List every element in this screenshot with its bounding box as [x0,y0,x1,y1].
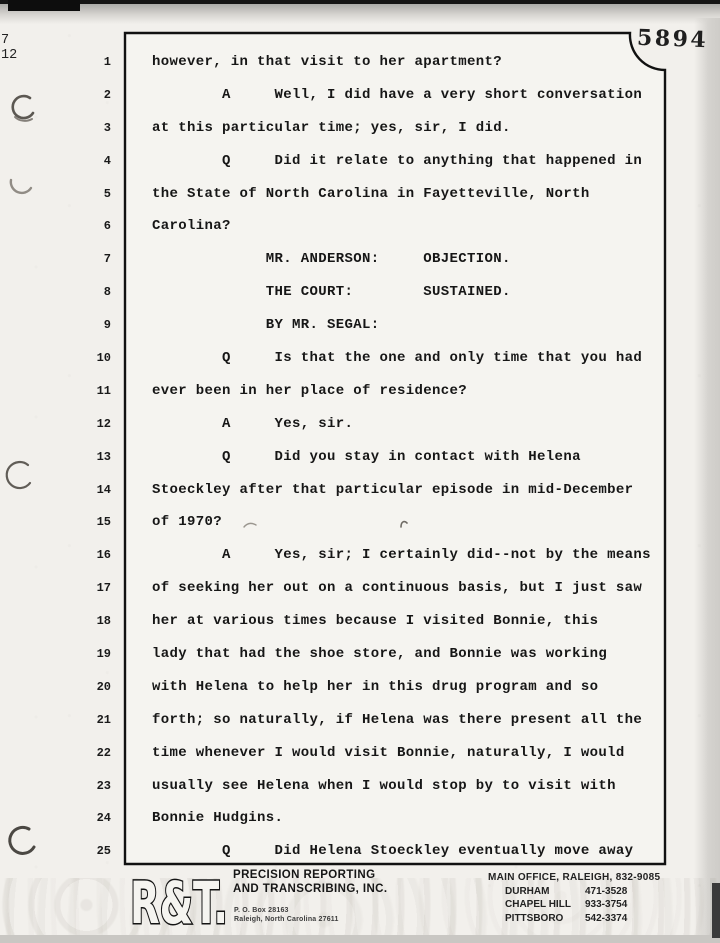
transcript-line: 3at this particular time; yes, sir, I di… [0,112,680,145]
transcript-line: 22time whenever I would visit Bonnie, na… [0,737,680,770]
office-city: CHAPEL HILL [505,899,585,910]
transcript-line: 18her at various times because I visited… [0,605,680,638]
line-number: 23 [0,770,116,803]
office-city: PITTSBORO [505,913,585,924]
line-text: at this particular time; yes, sir, I did… [152,112,511,145]
line-number: 4 [0,145,116,178]
transcript-line: 21forth; so naturally, if Helena was the… [0,704,680,737]
line-number: 13 [0,441,116,474]
office-row: DURHAM 471-3528 [505,886,660,897]
office-row: CHAPEL HILL 933-3754 [505,899,660,910]
line-number: 19 [0,638,116,671]
line-number: 6 [0,210,116,243]
transcript-line: 2 A Well, I did have a very short conver… [0,79,680,112]
line-text: A Yes, sir. [152,408,353,441]
line-text: Q Did it relate to anything that happene… [152,145,642,178]
line-text: lady that had the shoe store, and Bonnie… [152,638,607,671]
line-text: Stoeckley after that particular episode … [152,474,633,507]
line-number: 9 [0,309,116,342]
line-text: usually see Helena when I would stop by … [152,770,616,803]
office-phone: 933-3754 [585,899,647,910]
scan-top-shadow [0,4,720,24]
line-text: Q Did you stay in contact with Helena [152,441,581,474]
line-text: BY MR. SEGAL: [152,309,380,342]
line-number: 22 [0,737,116,770]
line-text: of seeking her out on a continuous basis… [152,572,642,605]
line-number: 24 [0,802,116,835]
transcript-line: 23usually see Helena when I would stop b… [0,770,680,803]
transcript-line: 8 THE COURT: SUSTAINED. [0,276,680,309]
company-name-line2: AND TRANSCRIBING, INC. [233,883,387,897]
line-number: 1 [0,46,116,79]
transcript-line: 24Bonnie Hudgins. [0,802,680,835]
line-text: A Well, I did have a very short conversa… [152,79,642,112]
transcript-line: 12 A Yes, sir. [0,408,680,441]
office-row: PITTSBORO 542-3374 [505,913,660,924]
transcript-lines: 1however, in that visit to her apartment… [0,46,680,868]
office-phone-list: MAIN OFFICE, RALEIGH, 832-9085 DURHAM 47… [488,872,660,924]
line-number: 14 [0,474,116,507]
line-text: ever been in her place of residence? [152,375,467,408]
transcript-line: 5the State of North Carolina in Fayettev… [0,178,680,211]
transcript-line: 13 Q Did you stay in contact with Helena [0,441,680,474]
line-number: 7 [0,243,116,276]
company-name-line1: PRECISION REPORTING [233,869,387,883]
transcript-line: 1however, in that visit to her apartment… [0,46,680,79]
transcript-line: 17of seeking her out on a continuous bas… [0,572,680,605]
line-text: forth; so naturally, if Helena was there… [152,704,642,737]
line-number: 11 [0,375,116,408]
main-office-line: MAIN OFFICE, RALEIGH, 832-9085 [488,872,660,883]
transcript-line: 19lady that had the shoe store, and Bonn… [0,638,680,671]
line-text: the State of North Carolina in Fayettevi… [152,178,590,211]
transcript-line: 20with Helena to help her in this drug p… [0,671,680,704]
transcript-line: 11ever been in her place of residence? [0,375,680,408]
scan-top-edge-blob [8,0,80,11]
line-number: 5 [0,178,116,211]
line-text: MR. ANDERSON: OBJECTION. [152,243,511,276]
transcript-line: 9 BY MR. SEGAL: [0,309,680,342]
pen-mark [243,520,259,530]
line-number: 3 [0,112,116,145]
line-text: however, in that visit to her apartment? [152,46,502,79]
line-number: 8 [0,276,116,309]
pen-mark [398,518,410,530]
transcript-line: 4 Q Did it relate to anything that happe… [0,145,680,178]
office-city: DURHAM [505,886,585,897]
line-text: of 1970? [152,506,222,539]
line-number: 10 [0,342,116,375]
transcript-line: 14Stoeckley after that particular episod… [0,474,680,507]
transcript-line: 6Carolina? [0,210,680,243]
transcript-line: 10 Q Is that the one and only time that … [0,342,680,375]
scan-top-edge [0,0,720,4]
line-text: with Helena to help her in this drug pro… [152,671,598,704]
line-text: her at various times because I visited B… [152,605,598,638]
line-text: Carolina? [152,210,231,243]
line-number: 2 [0,79,116,112]
line-text: time whenever I would visit Bonnie, natu… [152,737,625,770]
line-text: THE COURT: SUSTAINED. [152,276,511,309]
address-line2: Raleigh, North Carolina 27611 [234,915,339,924]
company-logo: R&T. [128,867,230,939]
line-text: A Yes, sir; I certainly did--not by the … [152,539,651,572]
transcript-line: 15of 1970? [0,506,680,539]
company-address: P. O. Box 28163 Raleigh, North Carolina … [234,906,339,924]
transcript-page: 7 12 5894 1however, in that visit to her… [0,0,720,943]
line-text: Q Is that the one and only time that you… [152,342,642,375]
line-number: 21 [0,704,116,737]
footer: R&T. PRECISION REPORTING AND TRANSCRIBIN… [0,862,720,943]
line-number: 18 [0,605,116,638]
line-number: 15 [0,506,116,539]
office-phone: 471-3528 [585,886,647,897]
company-name: PRECISION REPORTING AND TRANSCRIBING, IN… [233,869,387,896]
scan-right-shadow [694,18,720,936]
line-number: 17 [0,572,116,605]
line-number: 16 [0,539,116,572]
office-phone: 542-3374 [585,913,647,924]
line-text: Bonnie Hudgins. [152,802,283,835]
address-line1: P. O. Box 28163 [234,906,339,915]
line-number: 12 [0,408,116,441]
line-number: 20 [0,671,116,704]
logo-text: R&T. [130,869,228,937]
transcript-line: 7 MR. ANDERSON: OBJECTION. [0,243,680,276]
transcript-line: 16 A Yes, sir; I certainly did--not by t… [0,539,680,572]
